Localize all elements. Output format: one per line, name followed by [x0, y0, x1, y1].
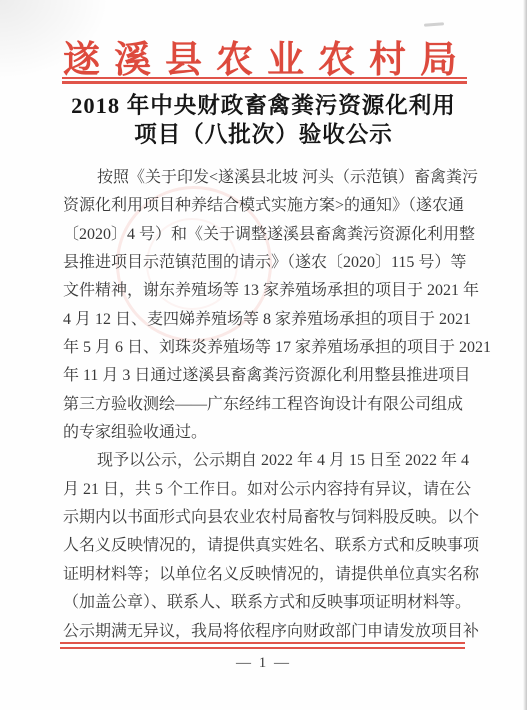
scan-smudge	[424, 22, 444, 26]
body-text-line: 年 5 月 6 日、刘珠炎养殖场等 17 家养殖场承担的项目于 2021	[63, 334, 453, 362]
body-text-line: 资源化利用项目种养结合模式实施方案>的通知》（遂农通	[63, 192, 453, 220]
body-text-line: 第三方验收测绘——广东经纬工程咨询设计有限公司组成	[63, 391, 453, 419]
paragraph-publicity-period: 现予以公示，公示期自 2022 年 4 月 15 日至 2022 年 4月 21…	[63, 447, 453, 645]
letterhead-rule-thick	[62, 81, 467, 84]
body-text-line: 年 11 月 3 日通过遂溪县畜禽粪污资源化利用整县推进项目	[63, 362, 453, 390]
notice-title: 2018 年中央财政畜禽粪污资源化利用 项目（八批次）验收公示	[0, 91, 527, 149]
body-text-line: （加盖公章）、联系人、联系方式和反映事项证明材料等。	[63, 589, 453, 617]
body-text-line: 〔2020〕4 号）和《关于调整遂溪县畜禽粪污资源化利用整	[63, 221, 453, 249]
body-text-line: 月 21 日，共 5 个工作日。如对公示内容持有异议，请在公	[63, 476, 453, 504]
body-text-line: 县推进项目示范镇范围的请示》（遂农〔2020〕115 号）等	[63, 249, 453, 277]
body-text-line: 的专家组验收通过。	[63, 419, 453, 447]
agency-letterhead: 遂溪县农业农村局	[7, 29, 527, 83]
body-text-line: 人名义反映情况的，请提供真实姓名、联系方式和反映事项	[63, 532, 453, 560]
body-text-line: 4 月 12 日、麦四娣养殖场等 8 家养殖场承担的项目于 2021	[63, 306, 453, 334]
paragraph-basis-and-acceptance: 按照《关于印发<遂溪县北坡 河头（示范镇）畜禽粪污资源化利用项目种养结合模式实施…	[63, 164, 453, 447]
notice-title-line-1: 2018 年中央财政畜禽粪污资源化利用	[0, 91, 527, 120]
scanned-document-page: 遂溪县农业农村局 2018 年中央财政畜禽粪污资源化利用 项目（八批次）验收公示…	[0, 0, 527, 710]
body-text-line: 按照《关于印发<遂溪县北坡 河头（示范镇）畜禽粪污	[63, 164, 453, 192]
body-text-line: 示期内以书面形式向县农业农村局畜牧与饲料股反映。以个	[63, 504, 453, 532]
page-number: — 1 —	[0, 655, 527, 672]
body-text-line: 文件精神，谢东养殖场等 13 家养殖场承担的项目于 2021 年	[63, 277, 453, 305]
body-text-line: 证明材料等；以单位名义反映情况的，请提供单位真实名称	[63, 561, 453, 589]
notice-body: 按照《关于印发<遂溪县北坡 河头（示范镇）畜禽粪污资源化利用项目种养结合模式实施…	[63, 164, 453, 646]
letterhead-rule-thin	[62, 77, 467, 79]
notice-title-line-2: 项目（八批次）验收公示	[0, 120, 527, 149]
body-text-line: 现予以公示，公示期自 2022 年 4 月 15 日至 2022 年 4	[63, 447, 453, 475]
footer-rule	[60, 642, 465, 649]
